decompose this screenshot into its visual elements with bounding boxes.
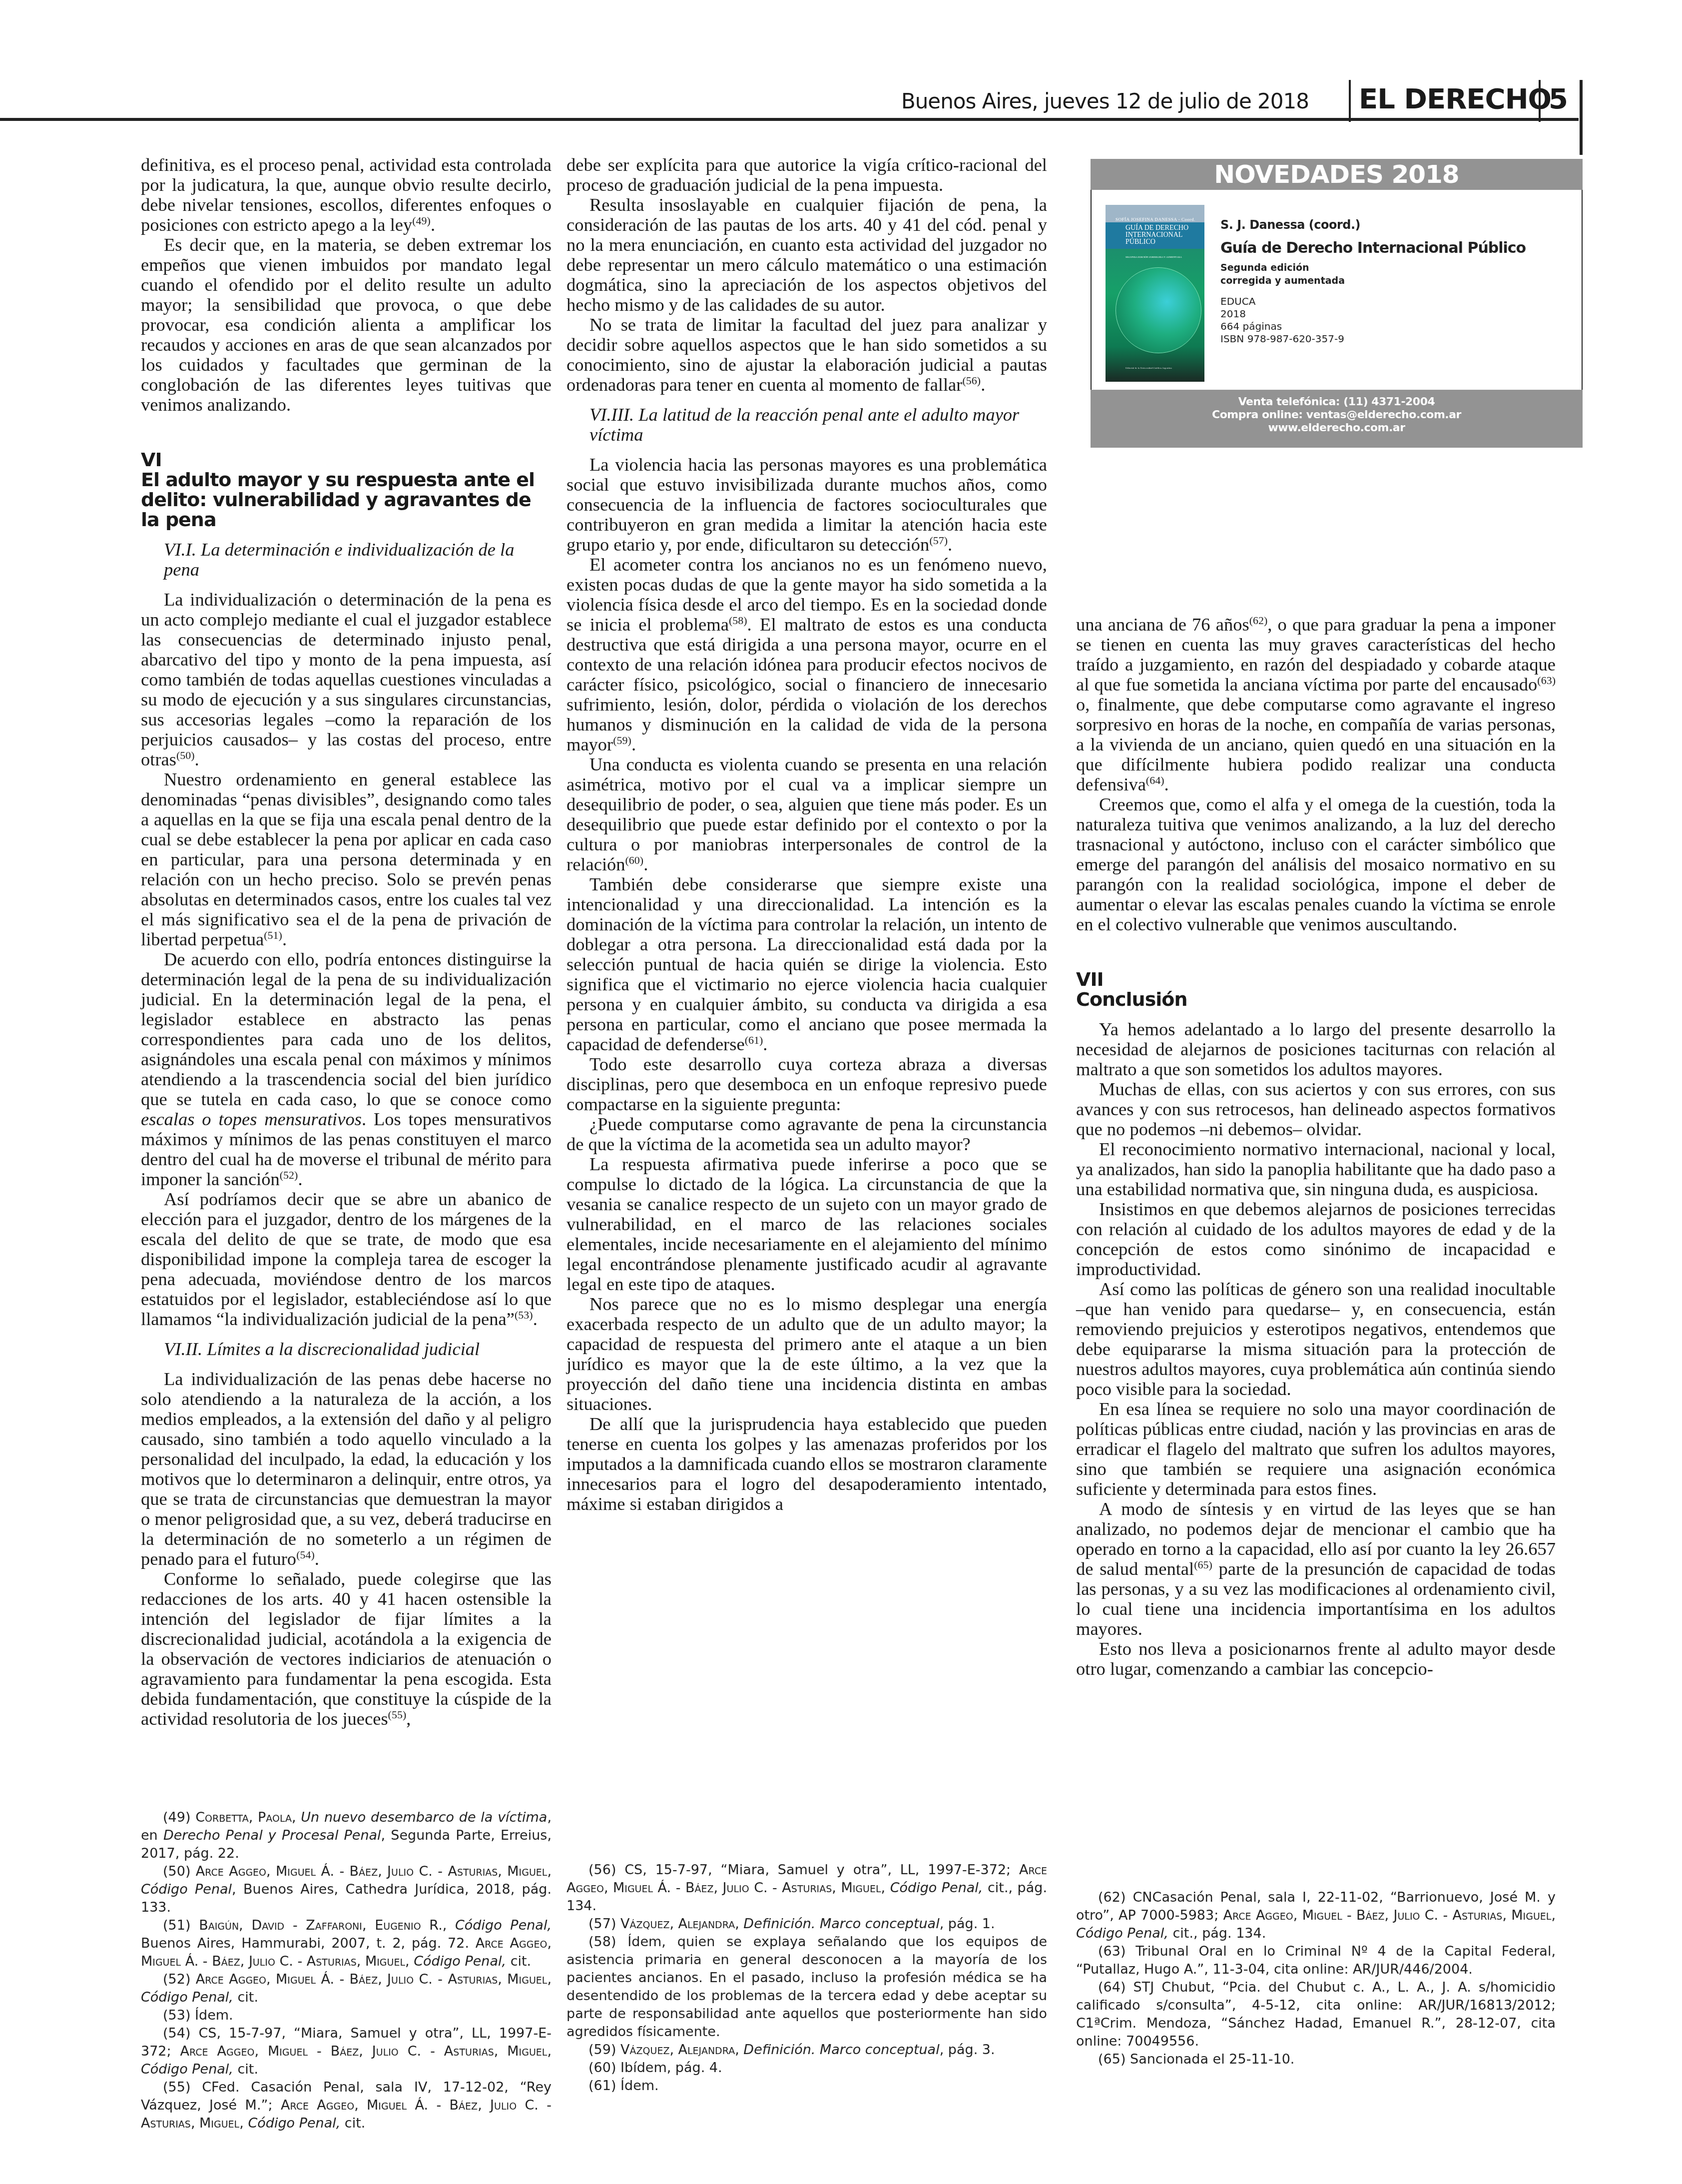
sales-email[interactable]: Compra online: ventas@elderecho.com.ar (1091, 409, 1583, 422)
footnotes-right: (62) CNCasación Penal, sala I, 22-11-02,… (1076, 1889, 1556, 2069)
paragraph: debe ser explícita para que autorice la … (566, 155, 1047, 195)
paragraph: No se trata de limitar la facultad del j… (566, 315, 1047, 395)
subsection-heading: VI.II. Límites a la discrecionalidad jud… (164, 1339, 552, 1359)
footnote: (52) Arce Aggeo, Miguel Á. - Báez, Julio… (141, 1971, 552, 2007)
sales-phone: Venta telefónica: (11) 4371-2004 (1091, 396, 1583, 409)
cover-author: SOFÍA JOSEFINA DANESSA - Coord. (1116, 217, 1195, 222)
book-title: Guía de Derecho Internacional Público (1220, 239, 1526, 257)
header-divider (1349, 80, 1351, 122)
cover-title: GUÍA DE DERECHO INTERNACIONAL PÚBLICO (1125, 225, 1200, 246)
book-year: 2018 (1220, 308, 1526, 320)
paragraph: Nos parece que no es lo mismo desplegar … (566, 1294, 1047, 1414)
paragraph: Creemos que, como el alfa y el omega de … (1076, 794, 1556, 934)
footnote-ref[interactable]: (49) (412, 214, 431, 227)
book-cover-image: SOFÍA JOSEFINA DANESSA - Coord. GUÍA DE … (1106, 205, 1204, 382)
paragraph: Conforme lo señalado, puede colegirse qu… (141, 1569, 552, 1729)
footnote: (60) Ibídem, pág. 4. (566, 2059, 1047, 2077)
paragraph: ¿Puede computarse como agravante de pena… (566, 1114, 1047, 1154)
paragraph: Así podríamos decir que se abre un abani… (141, 1189, 552, 1329)
footnote: (54) CS, 15-7-97, “Miara, Samuel y otra”… (141, 2025, 552, 2079)
paragraph: De allí que la jurisprudencia haya estab… (566, 1414, 1047, 1514)
paragraph: una anciana de 76 años(62), o que para g… (1076, 615, 1556, 794)
footnotes-middle: (56) CS, 15-7-97, “Miara, Samuel y otra”… (566, 1861, 1047, 2095)
section-number: VI (141, 450, 552, 470)
book-edition: Segunda edición corregida y aumentada (1220, 261, 1526, 287)
paragraph: El acometer contra los ancianos no es un… (566, 555, 1047, 754)
footnote: (50) Arce Aggeo, Miguel Á. - Báez, Julio… (141, 1863, 552, 1917)
globe-icon (1116, 267, 1201, 353)
paragraph: Insistimos en que debemos alejarnos de p… (1076, 1199, 1556, 1279)
header-vertical-rule (1580, 80, 1583, 155)
cover-edition: SEGUNDA EDICIÓN CORREGIDA Y AUMENTADA (1125, 256, 1182, 259)
paragraph: La respuesta afirmativa puede inferirse … (566, 1154, 1047, 1294)
footnote: (59) Vázquez, Alejandra, Definición. Mar… (566, 2041, 1047, 2059)
book-info: S. J. Danessa (coord.) Guía de Derecho I… (1220, 217, 1526, 345)
paragraph: La individualización o determinación de … (141, 590, 552, 769)
subsection-heading: VI.III. La latitud de la reacción penal … (589, 405, 1047, 445)
footnote-ref[interactable]: (51) (264, 929, 282, 941)
footnote: (61) Ídem. (566, 2077, 1047, 2095)
page-header: Buenos Aires, jueves 12 de julio de 2018… (0, 80, 1579, 121)
newspaper-brand: EL DERECHO (1359, 83, 1551, 115)
book-pages: 664 páginas (1220, 320, 1526, 333)
footnote: (63) Tribunal Oral en lo Criminal Nº 4 d… (1076, 1943, 1556, 1979)
paragraph: Esto nos lleva a posicionarnos frente al… (1076, 1639, 1556, 1679)
footnote: (51) Baigún, David - Zaffaroni, Eugenio … (141, 1917, 552, 1971)
paragraph: También debe considerarse que siempre ex… (566, 874, 1047, 1054)
ad-banner: NOVEDADES 2018 (1091, 159, 1583, 190)
paragraph: La individualización de las penas debe h… (141, 1369, 552, 1569)
paragraph: Así como las políticas de género son una… (1076, 1279, 1556, 1399)
paragraph: Es decir que, en la materia, se deben ex… (141, 235, 552, 415)
footnote: (56) CS, 15-7-97, “Miara, Samuel y otra”… (566, 1861, 1047, 1915)
footnote: (62) CNCasación Penal, sala I, 22-11-02,… (1076, 1889, 1556, 1943)
footnote-ref[interactable]: (62) (1249, 614, 1268, 627)
book-publisher: EDUCA (1220, 295, 1526, 308)
paragraph: A modo de síntesis y en virtud de las le… (1076, 1499, 1556, 1639)
section-title: El adulto mayor y su respuesta ante el d… (141, 470, 552, 530)
footnote-ref[interactable]: (56) (962, 374, 981, 387)
book-advertisement: NOVEDADES 2018 SOFÍA JOSEFINA DANESSA - … (1091, 159, 1583, 616)
footnote-ref[interactable]: (64) (1146, 774, 1164, 786)
section-number: VII (1076, 969, 1556, 989)
paragraph: Ya hemos adelantado a lo largo del prese… (1076, 1019, 1556, 1079)
paragraph: Todo este desarrollo cuya corteza abraza… (566, 1054, 1047, 1114)
header-divider (1539, 80, 1541, 122)
footnote-ref[interactable]: (57) (929, 534, 948, 547)
footnote: (64) STJ Chubut, “Pcia. del Chubut c. A.… (1076, 1979, 1556, 2051)
article-column-right: una anciana de 76 años(62), o que para g… (1076, 615, 1556, 1679)
ad-body: SOFÍA JOSEFINA DANESSA - Coord. GUÍA DE … (1091, 190, 1583, 390)
ad-banner-title: NOVEDADES 2018 (1091, 160, 1583, 189)
paragraph: Muchas de ellas, con sus aciertos y con … (1076, 1079, 1556, 1139)
footnote: (49) Corbetta, Paola, Un nuevo desembarc… (141, 1809, 552, 1863)
section-title: Conclusión (1076, 989, 1556, 1009)
paragraph: El reconocimiento normativo internaciona… (1076, 1139, 1556, 1199)
article-column-middle: debe ser explícita para que autorice la … (566, 155, 1047, 1514)
cover-publisher: Editorial de la Universidad Católica Arg… (1125, 367, 1172, 370)
footnote-ref[interactable]: (59) (613, 734, 631, 746)
book-author: S. J. Danessa (coord.) (1220, 217, 1526, 232)
article-column-left: definitiva, es el proceso penal, activid… (141, 155, 552, 1729)
footnote-ref[interactable]: (55) (388, 1708, 407, 1721)
footnote: (58) Ídem, quien se explaya señalando qu… (566, 1933, 1047, 2041)
footnote-ref[interactable]: (63) (1537, 674, 1556, 687)
footnote-ref[interactable]: (50) (176, 749, 195, 761)
footnote: (55) CFed. Casación Penal, sala IV, 17-1… (141, 2079, 552, 2133)
page-number: 5 (1549, 83, 1568, 115)
publication-date: Buenos Aires, jueves 12 de julio de 2018 (901, 89, 1309, 113)
ad-contact-banner: Venta telefónica: (11) 4371-2004 Compra … (1091, 390, 1583, 448)
footnote-ref[interactable]: (54) (296, 1548, 315, 1561)
footnote: (57) Vázquez, Alejandra, Definición. Mar… (566, 1915, 1047, 1933)
book-metadata: EDUCA 2018 664 páginas ISBN 978-987-620-… (1220, 295, 1526, 345)
paragraph: Una conducta es violenta cuando se prese… (566, 754, 1047, 874)
footnote-ref[interactable]: (65) (1194, 1558, 1212, 1571)
paragraph: definitiva, es el proceso penal, activid… (141, 155, 552, 235)
paragraph: De acuerdo con ello, podría entonces dis… (141, 949, 552, 1189)
footnote-ref[interactable]: (61) (745, 1034, 763, 1046)
paragraph: Resulta insoslayable en cualquier fijaci… (566, 195, 1047, 315)
paragraph: En esa línea se requiere no solo una may… (1076, 1399, 1556, 1499)
footnote-ref[interactable]: (52) (280, 1169, 298, 1181)
paragraph: Nuestro ordenamiento en general establec… (141, 769, 552, 949)
footnote: (53) Ídem. (141, 2007, 552, 2025)
footnote: (65) Sancionada el 25-11-10. (1076, 2051, 1556, 2069)
footnotes-left: (49) Corbetta, Paola, Un nuevo desembarc… (141, 1809, 552, 2133)
footnote-ref[interactable]: (53) (515, 1309, 533, 1321)
book-isbn: ISBN 978-987-620-357-9 (1220, 333, 1526, 345)
paragraph: La violencia hacia las personas mayores … (566, 455, 1047, 555)
footnote-ref[interactable]: (58) (729, 614, 747, 627)
footnote-ref[interactable]: (60) (625, 854, 644, 866)
website-link[interactable]: www.elderecho.com.ar (1091, 422, 1583, 435)
subsection-heading: VI.I. La determinación e individualizaci… (164, 540, 552, 580)
